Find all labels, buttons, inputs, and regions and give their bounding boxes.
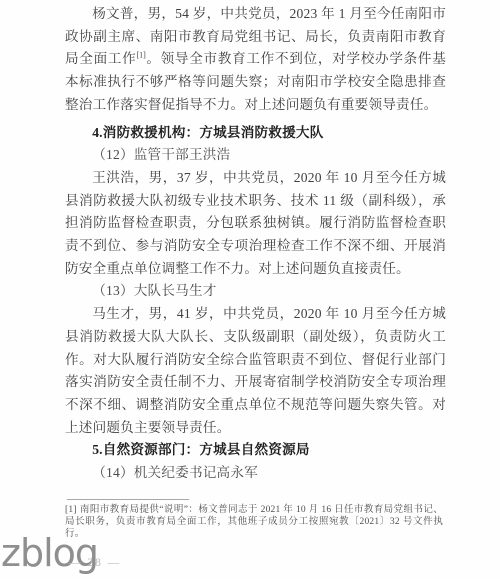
footnote-reference-marker: [1] [136, 51, 145, 60]
footnote-separator-rule [67, 499, 189, 500]
document-body: 杨文普，男，54 岁，中共党员，2023 年 1 月至今任南阳市政协副主席、南阳… [65, 3, 446, 485]
paragraph-wang-honghao: 王洪浩，男，37 岁，中共党员，2020 年 10 月至今任方城县消防救援大队初… [65, 167, 446, 281]
footnote-marker: [1] [65, 505, 77, 515]
item-title-14-gao-yongjun: （14）机关纪委书记高永军 [65, 462, 446, 485]
footnote-block: [1]南阳市教育局提供“说明”：杨文普同志于 2021 年 10 月 16 日任… [65, 499, 443, 540]
page-number: — 28 — [69, 557, 121, 569]
section-heading-natural-resources: 5.自然资源部门：方城县自然资源局 [65, 439, 446, 462]
footnote-text: [1]南阳市教育局提供“说明”：杨文普同志于 2021 年 10 月 16 日任… [65, 505, 443, 540]
item-title-13-ma-shengcai: （13）大队长马生才 [65, 280, 446, 303]
paragraph-yang-wenpu: 杨文普，男，54 岁，中共党员，2023 年 1 月至今任南阳市政协副主席、南阳… [65, 3, 446, 117]
footnote-content: 南阳市教育局提供“说明”：杨文普同志于 2021 年 10 月 16 日任市教育… [65, 505, 443, 539]
section-heading-fire-rescue: 4.消防救援机构：方城县消防救援大队 [65, 122, 446, 145]
item-title-12-wang-honghao: （12）监管干部王洪浩 [65, 144, 446, 167]
paragraph-ma-shengcai: 马生才，男，41 岁，中共党员，2020 年 10 月至今任方城县消防救援大队大… [65, 303, 446, 439]
document-page: 杨文普，男，54 岁，中共党员，2023 年 1 月至今任南阳市政协副主席、南阳… [0, 0, 500, 579]
